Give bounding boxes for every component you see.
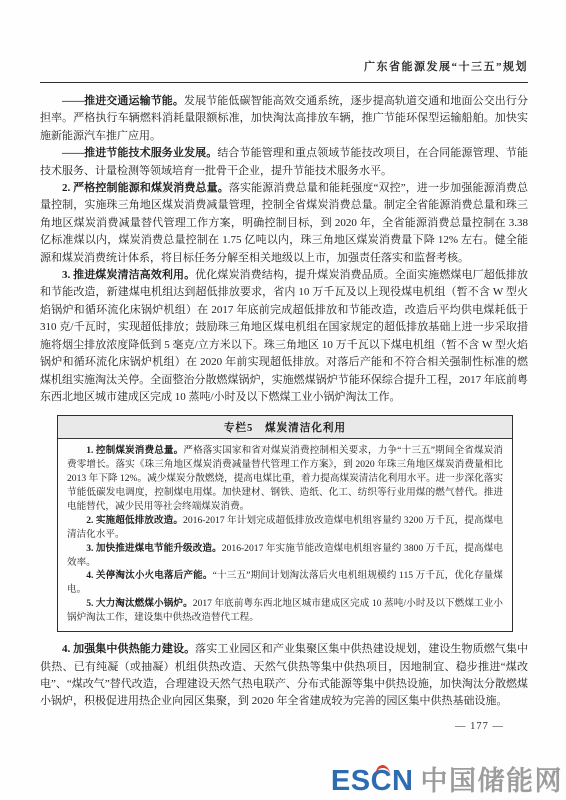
box-item-lead: 4. 关停淘汰小火电落后产能。 — [86, 570, 212, 581]
paragraph-lead: 4. 加强集中供热能力建设。 — [62, 643, 195, 655]
box-item: 1. 控制煤炭消费总量。严格落实国家和省对煤炭消费控制相关要求，力争“十三五”期… — [67, 444, 503, 514]
box-item: 4. 关停淘汰小火电落后产能。“十三五”期间计划淘汰落后火电机组规模约 115 … — [67, 569, 503, 597]
paragraph-lead: 2. 严格控制能源和煤炭消费总量。 — [62, 182, 229, 194]
page-content: 广东省能源发展“十三五”规划 ——推进交通运输节能。发展节能低碳智能高效交通系统… — [40, 58, 528, 732]
escn-watermark-logo: ESCN 中国储能网 — [331, 767, 563, 796]
paragraph: ——推进交通运输节能。发展节能低碳智能高效交通系统，逐步提高轨道交通和地面公交出… — [40, 93, 528, 145]
box-item-lead: 5. 大力淘汰燃煤小锅炉。 — [86, 598, 193, 609]
box-item-lead: 1. 控制煤炭消费总量。 — [86, 445, 183, 456]
box-body: 1. 控制煤炭消费总量。严格落实国家和省对煤炭消费控制相关要求，力争“十三五”期… — [58, 439, 512, 631]
paragraph-lead: ——推进交通运输节能。 — [62, 95, 184, 107]
box-item: 3. 加快推进煤电节能升级改造。2016-2017 年实施节能改造煤电机组容量约… — [67, 542, 503, 570]
box-item: 5. 大力淘汰燃煤小锅炉。2017 年底前粤东西北地区城市建成区完成 10 蒸吨… — [67, 597, 503, 625]
paragraph: ——推进节能技术服务业发展。结合节能管理和重点领域节能技改项目，在合同能源管理、… — [40, 145, 528, 180]
body-text: ——推进交通运输节能。发展节能低碳智能高效交通系统，逐步提高轨道交通和地面公交出… — [40, 93, 528, 406]
box-title-bar: 专栏5 煤炭清洁化利用 — [58, 416, 512, 439]
running-header-title: 广东省能源发展“十三五”规划 — [40, 58, 528, 82]
column-box-coal-clean-utilization: 专栏5 煤炭清洁化利用 1. 控制煤炭消费总量。严格落实国家和省对煤炭消费控制相… — [57, 415, 513, 632]
paragraph: 3. 推进煤炭清洁高效利用。优化煤炭消费结构，提升煤炭消费品质。全面实施燃煤电厂… — [40, 267, 528, 406]
header-divider — [40, 82, 528, 83]
logo-chinese-text: 中国储能网 — [421, 768, 564, 795]
paragraph: 2. 严格控制能源和煤炭消费总量。落实能源消费总量和能耗强度“双控”，进一步加强… — [40, 180, 528, 267]
box-item-lead: 3. 加快推进煤电节能升级改造。 — [86, 543, 222, 554]
escn-wordmark: ESCN — [331, 767, 414, 796]
paragraph: 4. 加强集中供热能力建设。落实工业园区和产业集聚区集中供热建设规划，建设生物质… — [40, 641, 528, 711]
paragraph-lead: 3. 推进煤炭清洁高效利用。 — [62, 269, 195, 281]
document-page: 广东省能源发展“十三五”规划 ——推进交通运输节能。发展节能低碳智能高效交通系统… — [0, 0, 566, 800]
closing-paragraph-wrap: 4. 加强集中供热能力建设。落实工业园区和产业集聚区集中供热建设规划，建设生物质… — [40, 641, 528, 711]
box-title: 专栏5 煤炭清洁化利用 — [224, 423, 346, 434]
paragraph-text: 优化煤炭消费结构，提升煤炭消费品质。全面实施燃煤电厂超低排放和节能改造，新建煤电… — [40, 269, 528, 403]
page-number: — 177 — — [40, 721, 528, 732]
paragraph-text: 落实能源消费总量和能耗强度“双控”，进一步加强能源消费总量控制，实施珠三角地区煤… — [40, 182, 528, 264]
box-item-lead: 2. 实施超低排放改造。 — [86, 515, 183, 526]
box-item: 2. 实施超低排放改造。2016-2017 年计划完成超低排放改造煤电机组容量约… — [67, 514, 503, 542]
paragraph-lead: ——推进节能技术服务业发展。 — [62, 147, 217, 159]
escn-text: ESCN — [331, 765, 414, 797]
